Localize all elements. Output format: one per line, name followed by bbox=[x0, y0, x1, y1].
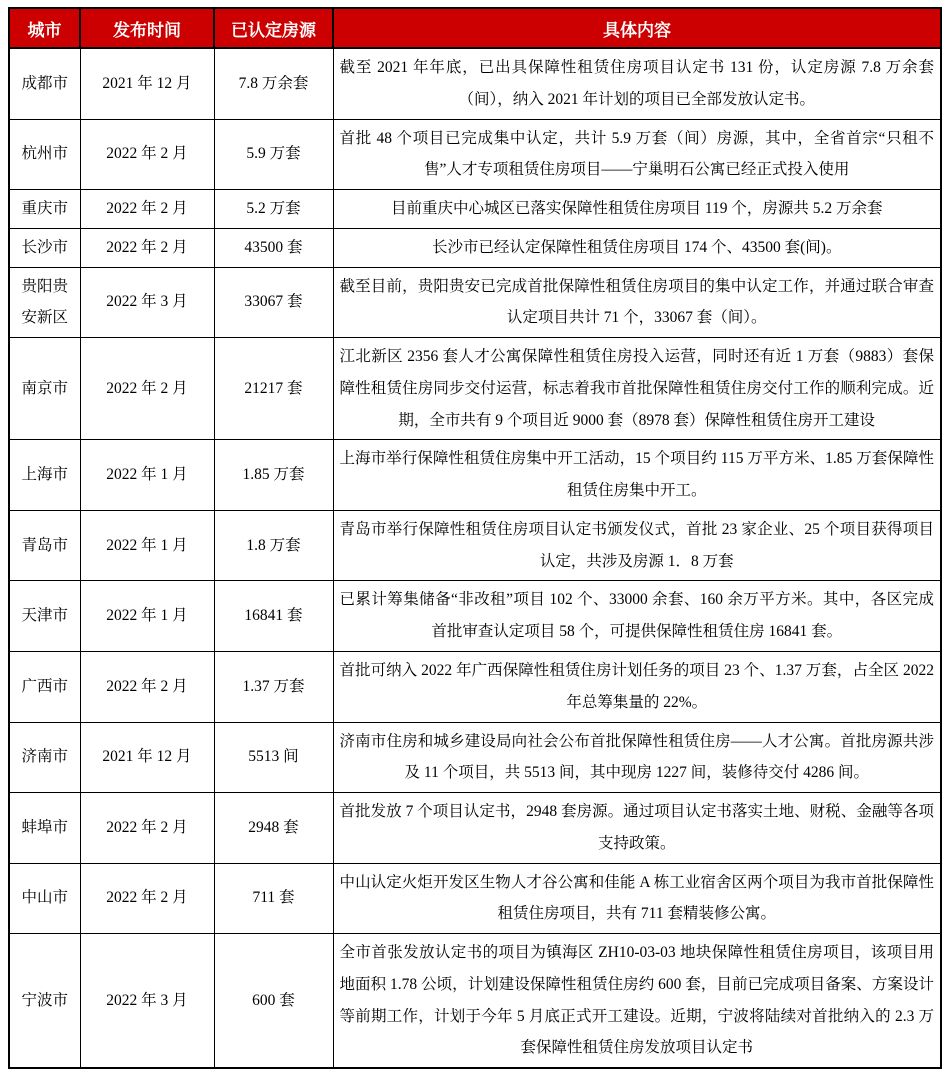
date-cell: 2022 年 1 月 bbox=[80, 440, 214, 511]
document-page: 城市 发布时间 已认定房源 具体内容 成都市2021 年 12 月7.8 万余套… bbox=[0, 0, 948, 1076]
date-cell: 2022 年 1 月 bbox=[80, 510, 214, 581]
date-cell: 2022 年 2 月 bbox=[80, 119, 214, 190]
count-cell: 7.8 万余套 bbox=[214, 48, 333, 119]
date-cell: 2021 年 12 月 bbox=[80, 722, 214, 793]
count-cell: 16841 套 bbox=[214, 581, 333, 652]
city-cell: 宁波市 bbox=[9, 934, 80, 1069]
table-row: 成都市2021 年 12 月7.8 万余套截至 2021 年年底，已出具保障性租… bbox=[9, 48, 941, 119]
table-row: 济南市2021 年 12 月5513 间济南市住房和城乡建设局向社会公布首批保障… bbox=[9, 722, 941, 793]
count-cell: 1.8 万套 bbox=[214, 510, 333, 581]
count-cell: 33067 套 bbox=[214, 267, 333, 338]
count-cell: 600 套 bbox=[214, 934, 333, 1069]
count-cell: 1.37 万套 bbox=[214, 652, 333, 723]
content-cell: 截至目前，贵阳贵安已完成首批保障性租赁住房项目的集中认定工作，并通过联合审查认定… bbox=[333, 267, 941, 338]
city-cell: 广西市 bbox=[9, 652, 80, 723]
content-cell: 青岛市举行保障性租赁住房项目认定书颁发仪式，首批 23 家企业、25 个项目获得… bbox=[333, 510, 941, 581]
table-body: 成都市2021 年 12 月7.8 万余套截至 2021 年年底，已出具保障性租… bbox=[9, 48, 941, 1068]
city-cell: 上海市 bbox=[9, 440, 80, 511]
table-row: 长沙市2022 年 2 月43500 套长沙市已经认定保障性租赁住房项目 174… bbox=[9, 228, 941, 267]
content-cell: 首批 48 个项目已完成集中认定，共计 5.9 万套（间）房源，其中，全省首宗“… bbox=[333, 119, 941, 190]
date-cell: 2021 年 12 月 bbox=[80, 48, 214, 119]
city-cell: 长沙市 bbox=[9, 228, 80, 267]
content-cell: 上海市举行保障性租赁住房集中开工活动，15 个项目约 115 万平方米、1.85… bbox=[333, 440, 941, 511]
table-row: 中山市2022 年 2 月711 套中山认定火炬开发区生物人才谷公寓和佳能 A … bbox=[9, 863, 941, 934]
count-cell: 21217 套 bbox=[214, 338, 333, 440]
count-cell: 5.2 万套 bbox=[214, 190, 333, 229]
city-cell: 中山市 bbox=[9, 863, 80, 934]
city-cell: 青岛市 bbox=[9, 510, 80, 581]
table-row: 贵阳贵安新区2022 年 3 月33067 套截至目前，贵阳贵安已完成首批保障性… bbox=[9, 267, 941, 338]
count-cell: 5513 间 bbox=[214, 722, 333, 793]
count-cell: 43500 套 bbox=[214, 228, 333, 267]
content-cell: 截至 2021 年年底，已出具保障性租赁住房项目认定书 131 份，认定房源 7… bbox=[333, 48, 941, 119]
city-cell: 济南市 bbox=[9, 722, 80, 793]
table-row: 重庆市2022 年 2 月5.2 万套目前重庆中心城区已落实保障性租赁住房项目 … bbox=[9, 190, 941, 229]
date-cell: 2022 年 2 月 bbox=[80, 190, 214, 229]
table-row: 蚌埠市2022 年 2 月2948 套首批发放 7 个项目认定书，2948 套房… bbox=[9, 793, 941, 864]
date-cell: 2022 年 3 月 bbox=[80, 267, 214, 338]
content-cell: 已累计筹集储备“非改租”项目 102 个、33000 余套、160 余万平方米。… bbox=[333, 581, 941, 652]
header-count: 已认定房源 bbox=[214, 8, 333, 48]
table-row: 广西市2022 年 2 月1.37 万套首批可纳入 2022 年广西保障性租赁住… bbox=[9, 652, 941, 723]
date-cell: 2022 年 3 月 bbox=[80, 934, 214, 1069]
city-cell: 蚌埠市 bbox=[9, 793, 80, 864]
table-row: 南京市2022 年 2 月21217 套江北新区 2356 套人才公寓保障性租赁… bbox=[9, 338, 941, 440]
housing-certification-table: 城市 发布时间 已认定房源 具体内容 成都市2021 年 12 月7.8 万余套… bbox=[8, 7, 942, 1069]
header-city: 城市 bbox=[9, 8, 80, 48]
count-cell: 1.85 万套 bbox=[214, 440, 333, 511]
date-cell: 2022 年 2 月 bbox=[80, 863, 214, 934]
city-cell: 天津市 bbox=[9, 581, 80, 652]
city-cell: 成都市 bbox=[9, 48, 80, 119]
table-row: 上海市2022 年 1 月1.85 万套上海市举行保障性租赁住房集中开工活动，1… bbox=[9, 440, 941, 511]
date-cell: 2022 年 1 月 bbox=[80, 581, 214, 652]
table-row: 青岛市2022 年 1 月1.8 万套青岛市举行保障性租赁住房项目认定书颁发仪式… bbox=[9, 510, 941, 581]
city-cell: 重庆市 bbox=[9, 190, 80, 229]
header-date: 发布时间 bbox=[80, 8, 214, 48]
count-cell: 711 套 bbox=[214, 863, 333, 934]
city-cell: 南京市 bbox=[9, 338, 80, 440]
header-content: 具体内容 bbox=[333, 8, 941, 48]
content-cell: 目前重庆中心城区已落实保障性租赁住房项目 119 个，房源共 5.2 万余套 bbox=[333, 190, 941, 229]
content-cell: 济南市住房和城乡建设局向社会公布首批保障性租赁住房——人才公寓。首批房源共涉及 … bbox=[333, 722, 941, 793]
table-row: 宁波市2022 年 3 月600 套全市首张发放认定书的项目为镇海区 ZH10-… bbox=[9, 934, 941, 1069]
table-row: 杭州市2022 年 2 月5.9 万套首批 48 个项目已完成集中认定，共计 5… bbox=[9, 119, 941, 190]
header-row: 城市 发布时间 已认定房源 具体内容 bbox=[9, 8, 941, 48]
count-cell: 2948 套 bbox=[214, 793, 333, 864]
content-cell: 全市首张发放认定书的项目为镇海区 ZH10-03-03 地块保障性租赁住房项目，… bbox=[333, 934, 941, 1069]
city-cell: 杭州市 bbox=[9, 119, 80, 190]
date-cell: 2022 年 2 月 bbox=[80, 228, 214, 267]
content-cell: 首批发放 7 个项目认定书，2948 套房源。通过项目认定书落实土地、财税、金融… bbox=[333, 793, 941, 864]
content-cell: 江北新区 2356 套人才公寓保障性租赁住房投入运营，同时还有近 1 万套（98… bbox=[333, 338, 941, 440]
date-cell: 2022 年 2 月 bbox=[80, 652, 214, 723]
table-header: 城市 发布时间 已认定房源 具体内容 bbox=[9, 8, 941, 48]
date-cell: 2022 年 2 月 bbox=[80, 338, 214, 440]
city-cell: 贵阳贵安新区 bbox=[9, 267, 80, 338]
table-row: 天津市2022 年 1 月16841 套已累计筹集储备“非改租”项目 102 个… bbox=[9, 581, 941, 652]
content-cell: 中山认定火炬开发区生物人才谷公寓和佳能 A 栋工业宿舍区两个项目为我市首批保障性… bbox=[333, 863, 941, 934]
count-cell: 5.9 万套 bbox=[214, 119, 333, 190]
content-cell: 首批可纳入 2022 年广西保障性租赁住房计划任务的项目 23 个、1.37 万… bbox=[333, 652, 941, 723]
content-cell: 长沙市已经认定保障性租赁住房项目 174 个、43500 套(间)。 bbox=[333, 228, 941, 267]
date-cell: 2022 年 2 月 bbox=[80, 793, 214, 864]
